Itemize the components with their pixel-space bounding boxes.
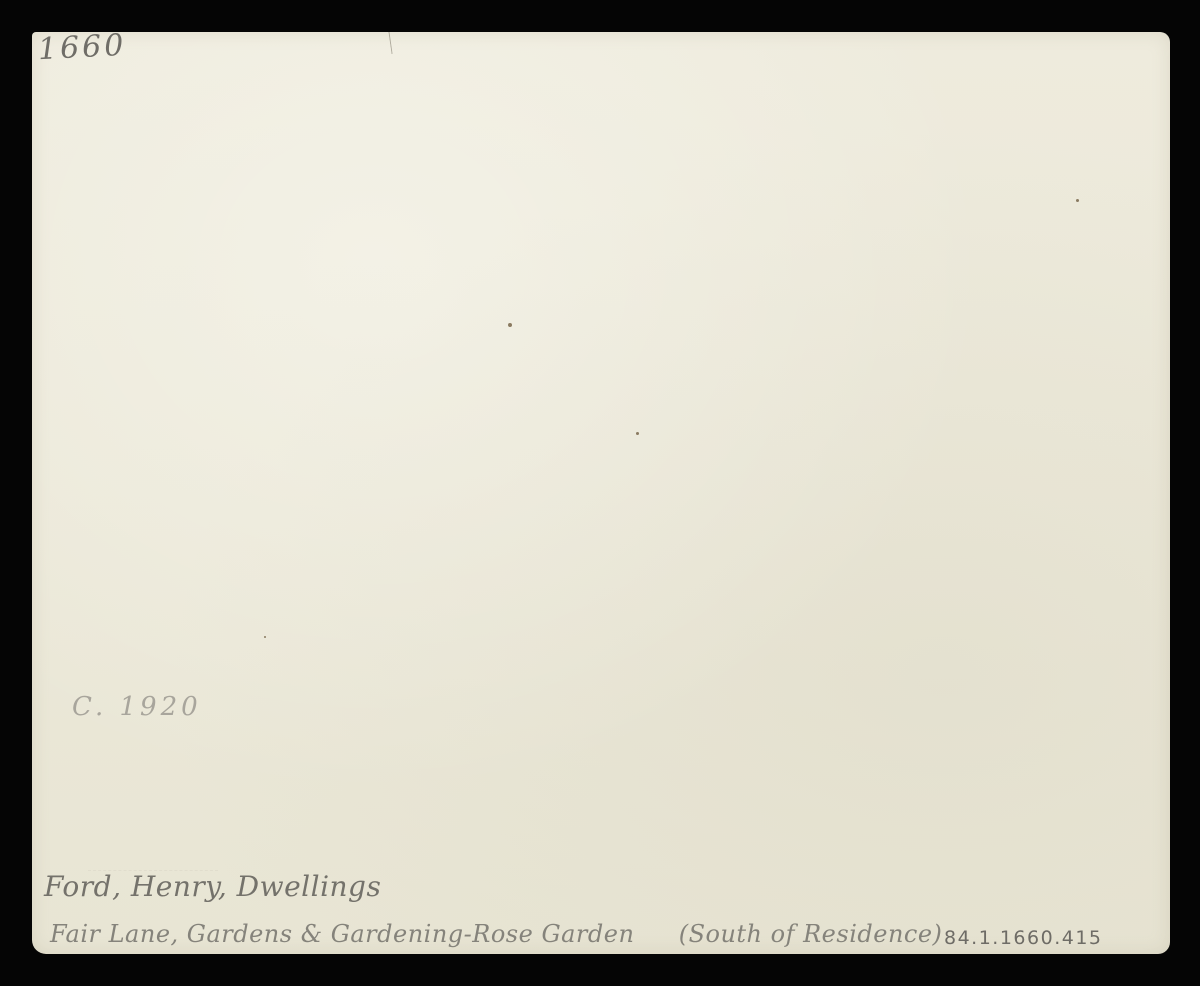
location-note: (South of Residence): [679, 920, 943, 948]
subject-annotation: Ford, Henry, Dwellings: [44, 870, 381, 903]
paper-speck: [636, 432, 639, 435]
erased-annotation: [88, 834, 218, 871]
paper-speck: [508, 323, 512, 327]
photograph-back-paper: [32, 32, 1170, 954]
scan-background: 1660 C. 1920 Ford, Henry, Dwellings Fair…: [0, 0, 1200, 986]
description-annotation: Fair Lane, Gardens & Gardening-Rose Gard…: [50, 920, 942, 948]
paper-speck: [264, 636, 266, 638]
catalog-number: 1660: [37, 28, 127, 68]
accession-number: 84.1.1660.415: [944, 927, 1103, 949]
date-annotation: C. 1920: [72, 692, 202, 722]
description-text: Fair Lane, Gardens & Gardening-Rose Gard…: [50, 920, 634, 948]
paper-speck: [1076, 199, 1079, 202]
